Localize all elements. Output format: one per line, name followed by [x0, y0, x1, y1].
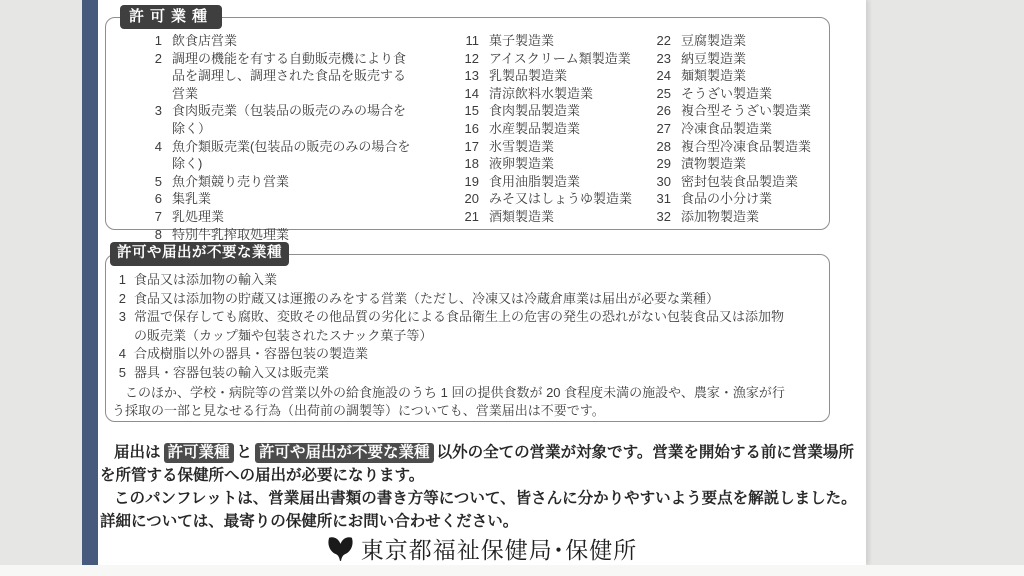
item-number: 24 [643, 67, 671, 85]
item-number: 3 [130, 102, 162, 137]
item-text: 飲食店営業 [172, 32, 413, 50]
pamphlet-page: 許可業種 1 飲食店営業 2 調理の機能を有する自動販売機により食品を調理し、調… [0, 0, 1024, 576]
list-item: 20 みそ又はしょうゆ製造業 [451, 190, 656, 208]
list-item: 24 麺類製造業 [643, 67, 821, 85]
item-number: 8 [130, 226, 162, 244]
inline-badge-licensed: 許可業種 [164, 443, 234, 463]
item-number: 23 [643, 50, 671, 68]
item-text: 清涼飲料水製造業 [489, 85, 656, 103]
list-item: 30 密封包装食品製造業 [643, 173, 821, 191]
item-number: 29 [643, 155, 671, 173]
item-text: 食用油脂製造業 [489, 173, 656, 191]
item-text: 液卵製造業 [489, 155, 656, 173]
item-number: 13 [451, 67, 479, 85]
item-number: 7 [130, 208, 162, 226]
licensed-list-column-3: 22 豆腐製造業 23 納豆製造業 24 麺類製造業 25 [643, 32, 821, 226]
list-item: 17 氷雪製造業 [451, 138, 656, 156]
item-text: 添加物製造業 [681, 208, 821, 226]
item-text: 複合型冷凍食品製造業 [681, 138, 821, 156]
list-item: 1 飲食店営業 [130, 32, 413, 50]
item-text: 食品又は添加物の輸入業 [134, 271, 795, 290]
item-number: 5 [112, 364, 126, 383]
list-item: 12 アイスクリーム類製造業 [451, 50, 656, 68]
item-number: 15 [451, 102, 479, 120]
item-number: 12 [451, 50, 479, 68]
licensed-list-column-2: 11 菓子製造業 12 アイスクリーム類製造業 13 乳製品製造業 1 [451, 32, 656, 226]
p1-conj: と [237, 444, 253, 461]
body-text: 届出は許可業種と許可や届出が不要な業種以外の全ての営業が対象です。営業を開始する… [100, 441, 857, 533]
item-text: 食肉販売業（包装品の販売のみの場合を除く） [172, 102, 413, 137]
list-item: 28 複合型冷凍食品製造業 [643, 138, 821, 156]
item-text: 水産製品製造業 [489, 120, 656, 138]
list-item: 19 食用油脂製造業 [451, 173, 656, 191]
list-item: 6 集乳業 [130, 190, 413, 208]
bottom-strip [0, 565, 1024, 576]
list-item: 11 菓子製造業 [451, 32, 656, 50]
item-text: 酒類製造業 [489, 208, 656, 226]
licensed-box-title-badge: 許可業種 [120, 5, 222, 29]
exempt-box: 1 食品又は添加物の輸入業 2 食品又は添加物の貯蔵又は運搬のみをする営業（ただ… [105, 254, 830, 422]
paragraph-2: このパンフレットは、営業届出書類の書き方等について、皆さんに分かりやすいよう要点… [100, 487, 857, 533]
item-text: 豆腐製造業 [681, 32, 821, 50]
item-text: 食品又は添加物の貯蔵又は運搬のみをする営業（ただし、冷凍又は冷蔵倉庫業は届出が必… [134, 290, 795, 309]
item-text: 食品の小分け業 [681, 190, 821, 208]
item-number: 6 [130, 190, 162, 208]
item-number: 17 [451, 138, 479, 156]
item-number: 26 [643, 102, 671, 120]
list-item: 27 冷凍食品製造業 [643, 120, 821, 138]
list-item: 14 清涼飲料水製造業 [451, 85, 656, 103]
list-item: 5 器具・容器包装の輸入又は販売業 [112, 364, 795, 383]
item-number: 16 [451, 120, 479, 138]
item-text: 漬物製造業 [681, 155, 821, 173]
document-page: 許可業種 1 飲食店営業 2 調理の機能を有する自動販売機により食品を調理し、調… [98, 0, 866, 565]
item-text: 調理の機能を有する自動販売機により食品を調理し、調理された食品を販売する営業 [172, 50, 413, 103]
item-number: 20 [451, 190, 479, 208]
spine-accent-bar [82, 0, 98, 565]
list-item: 21 酒類製造業 [451, 208, 656, 226]
item-text: 器具・容器包装の輸入又は販売業 [134, 364, 795, 383]
item-text: 乳処理業 [172, 208, 413, 226]
item-text: みそ又はしょうゆ製造業 [489, 190, 656, 208]
list-item: 23 納豆製造業 [643, 50, 821, 68]
item-number: 22 [643, 32, 671, 50]
list-item: 25 そうざい製造業 [643, 85, 821, 103]
list-item: 29 漬物製造業 [643, 155, 821, 173]
item-text: 集乳業 [172, 190, 413, 208]
inline-badge-exempt: 許可や届出が不要な業種 [255, 443, 434, 463]
item-number: 4 [112, 345, 126, 364]
list-item: 2 調理の機能を有する自動販売機により食品を調理し、調理された食品を販売する営業 [130, 50, 413, 103]
list-item: 1 食品又は添加物の輸入業 [112, 271, 795, 290]
item-text: 納豆製造業 [681, 50, 821, 68]
item-text: 合成樹脂以外の器具・容器包装の製造業 [134, 345, 795, 364]
item-number: 31 [643, 190, 671, 208]
item-text: 氷雪製造業 [489, 138, 656, 156]
item-number: 18 [451, 155, 479, 173]
list-item: 22 豆腐製造業 [643, 32, 821, 50]
item-text: 魚介類競り売り営業 [172, 173, 413, 191]
list-item: 3 食肉販売業（包装品の販売のみの場合を除く） [130, 102, 413, 137]
list-item: 8 特別牛乳搾取処理業 [130, 226, 413, 244]
item-number: 2 [130, 50, 162, 103]
list-item: 26 複合型そうざい製造業 [643, 102, 821, 120]
list-item: 3 常温で保存しても腐敗、変敗その他品質の劣化による食品衛生上の危害の発生の恐れ… [112, 308, 795, 345]
list-item: 7 乳処理業 [130, 208, 413, 226]
item-text: 複合型そうざい製造業 [681, 102, 821, 120]
item-number: 32 [643, 208, 671, 226]
list-item: 13 乳製品製造業 [451, 67, 656, 85]
item-text: 冷凍食品製造業 [681, 120, 821, 138]
item-text: 麺類製造業 [681, 67, 821, 85]
item-number: 25 [643, 85, 671, 103]
item-number: 21 [451, 208, 479, 226]
item-number: 28 [643, 138, 671, 156]
item-number: 14 [451, 85, 479, 103]
licensed-box: 1 飲食店営業 2 調理の機能を有する自動販売機により食品を調理し、調理された食… [105, 17, 830, 230]
item-number: 3 [112, 308, 126, 345]
list-item: 2 食品又は添加物の貯蔵又は運搬のみをする営業（ただし、冷凍又は冷蔵倉庫業は届出… [112, 290, 795, 309]
item-number: 1 [112, 271, 126, 290]
item-text: 特別牛乳搾取処理業 [172, 226, 413, 244]
item-number: 2 [112, 290, 126, 309]
item-number: 27 [643, 120, 671, 138]
list-item: 16 水産製品製造業 [451, 120, 656, 138]
exempt-list: 1 食品又は添加物の輸入業 2 食品又は添加物の貯蔵又は運搬のみをする営業（ただ… [112, 271, 795, 421]
p1-lead: 届出は [114, 444, 161, 461]
list-item: 32 添加物製造業 [643, 208, 821, 226]
item-number: 4 [130, 138, 162, 173]
exempt-box-title-badge: 許可や届出が不要な業種 [110, 242, 289, 266]
item-text: 食肉製品製造業 [489, 102, 656, 120]
paragraph-1: 届出は許可業種と許可や届出が不要な業種以外の全ての営業が対象です。営業を開始する… [100, 441, 857, 487]
item-text: 菓子製造業 [489, 32, 656, 50]
list-item: 18 液卵製造業 [451, 155, 656, 173]
item-number: 5 [130, 173, 162, 191]
footer: 東京都福祉保健局･保健所 [98, 531, 866, 565]
item-text: 魚介類販売業(包装品の販売のみの場合を除く) [172, 138, 413, 173]
item-number: 1 [130, 32, 162, 50]
list-item: 31 食品の小分け業 [643, 190, 821, 208]
item-number: 19 [451, 173, 479, 191]
item-text: アイスクリーム類製造業 [489, 50, 656, 68]
item-text: 常温で保存しても腐敗、変敗その他品質の劣化による食品衛生上の危害の発生の恐れがな… [134, 308, 795, 345]
item-text: そうざい製造業 [681, 85, 821, 103]
list-item: 4 合成樹脂以外の器具・容器包装の製造業 [112, 345, 795, 364]
list-item: 15 食肉製品製造業 [451, 102, 656, 120]
footer-org-name: 東京都福祉保健局･保健所 [361, 532, 638, 565]
list-item: 5 魚介類競り売り営業 [130, 173, 413, 191]
item-text: 乳製品製造業 [489, 67, 656, 85]
item-text: 密封包装食品製造業 [681, 173, 821, 191]
item-number: 11 [451, 32, 479, 50]
list-item: 4 魚介類販売業(包装品の販売のみの場合を除く) [130, 138, 413, 173]
exempt-note: このほか、学校・病院等の営業以外の給食施設のうち 1 回の提供食数が 20 食程… [112, 384, 795, 421]
tokyo-ginkgo-leaf-icon [327, 535, 354, 562]
item-number: 30 [643, 173, 671, 191]
